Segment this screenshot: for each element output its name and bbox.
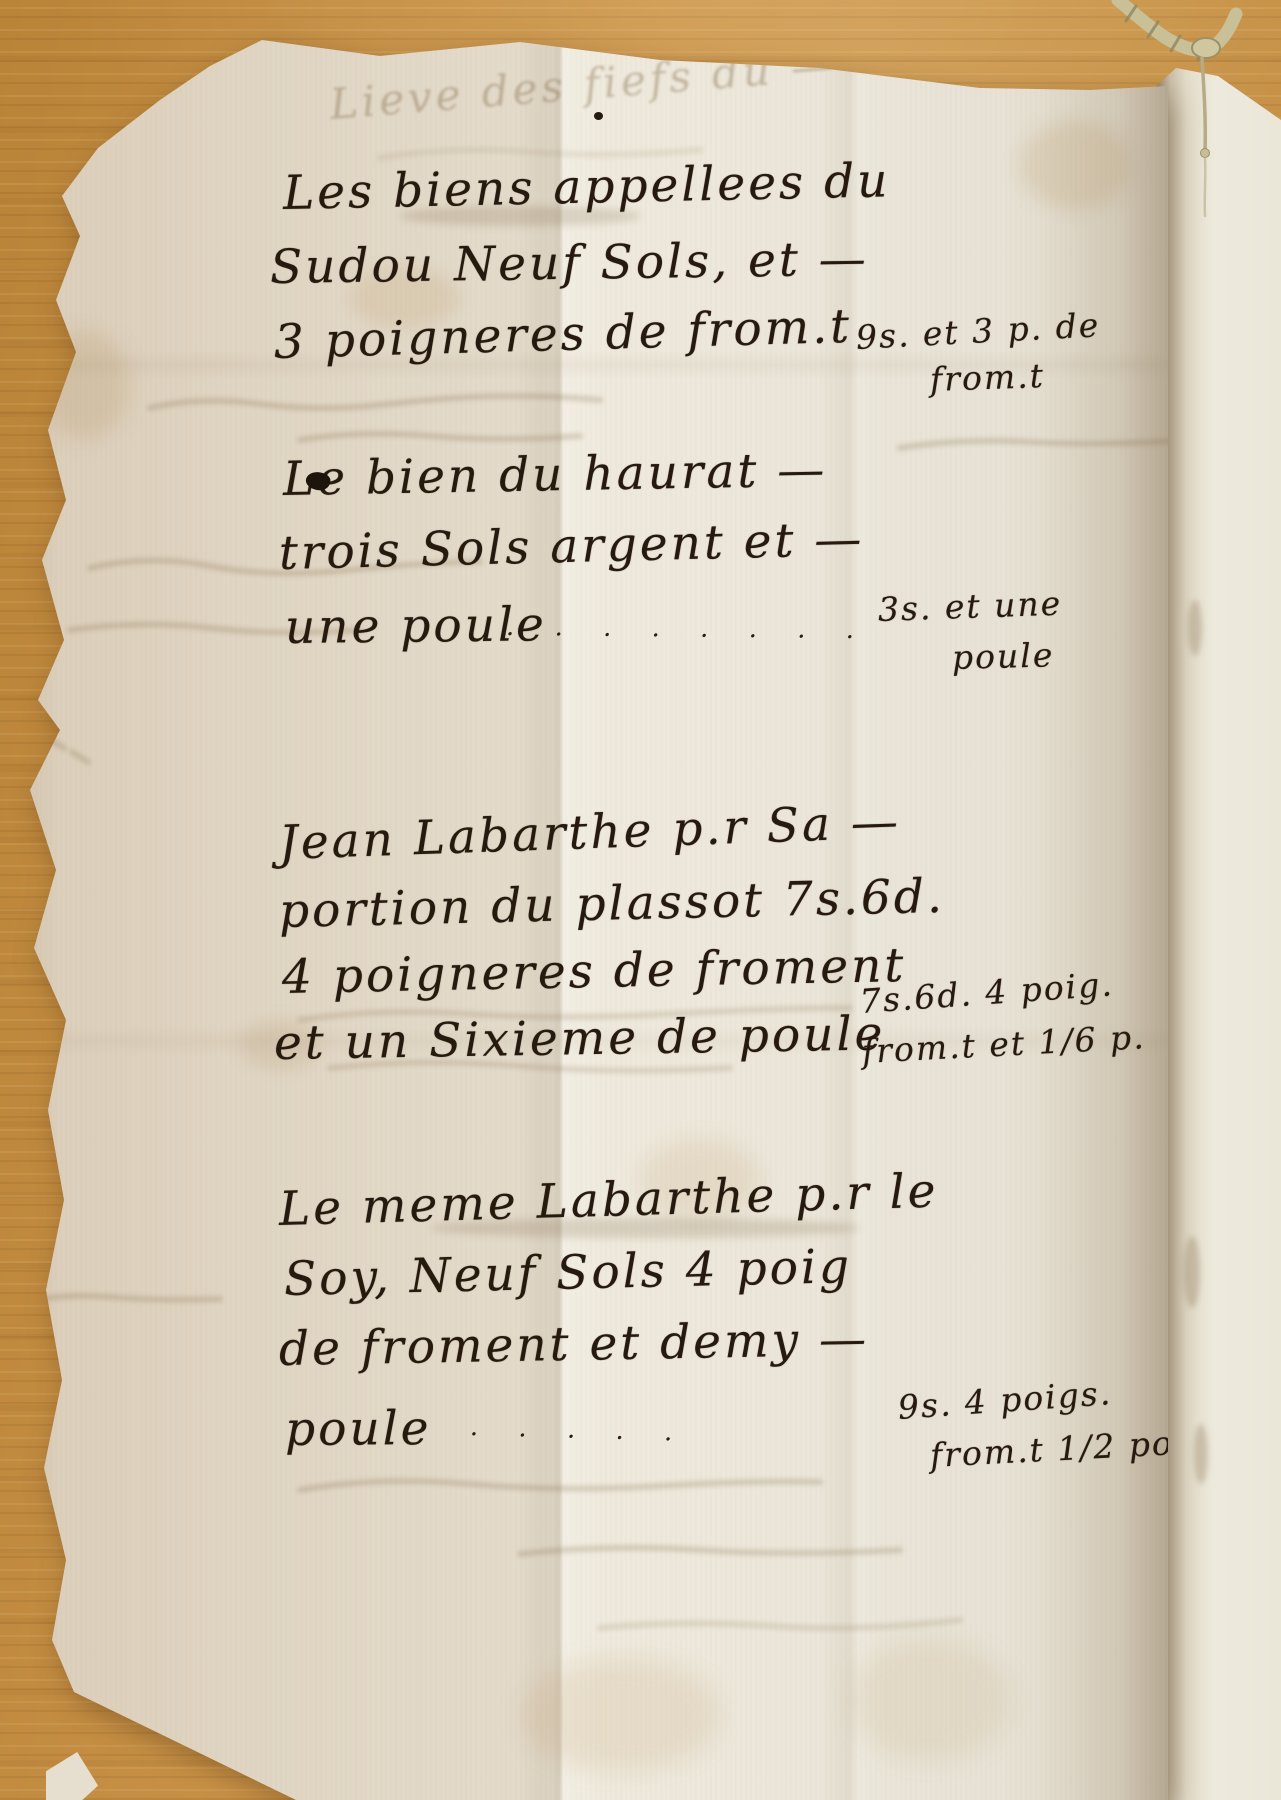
manuscript-line: et un Sixieme de poule	[274, 1006, 886, 1071]
amount-annotation: 3s. et une	[877, 584, 1062, 629]
paper-stain	[850, 1640, 1010, 1760]
manuscript-line: portion du plassot 7s.6d.	[278, 869, 945, 939]
faint-heading: Lieve des fiefs du —	[328, 40, 839, 129]
manuscript-page: Lieve des fiefs du — Les biens appellees…	[0, 0, 1281, 1800]
amount-annotation: from.t	[929, 356, 1045, 399]
manuscript-line: Jean Labarthe p.r Sa —	[278, 794, 902, 871]
manuscript-line: Les biens appellees du	[282, 153, 890, 221]
photo-of-manuscript-on-table: Lieve des fiefs du — Les biens appellees…	[0, 0, 1281, 1800]
manuscript-line: 3 poigneres de from.t	[273, 299, 852, 370]
dot-leader: . . . . .	[470, 1412, 689, 1448]
gutter-shading	[1040, 0, 1168, 1800]
paper-stain	[1020, 120, 1130, 210]
manuscript-page-wrap: Lieve des fiefs du — Les biens appellees…	[0, 0, 1281, 1800]
paper-stain	[40, 330, 130, 440]
manuscript-line: Soy, Neuf Sols 4 poig	[283, 1239, 852, 1307]
manuscript-line: de froment et demy —	[279, 1312, 870, 1377]
manuscript-line: poule	[285, 1401, 432, 1457]
manuscript-line: trois Sols argent et —	[278, 512, 865, 581]
amount-annotation: from.t et 1/6 p.	[861, 1017, 1147, 1071]
amount-annotation: poule	[951, 635, 1054, 677]
manuscript-line: Sudou Neuf Sols, et —	[270, 232, 869, 295]
manuscript-line: 4 poigneres de froment	[281, 938, 906, 1005]
paper-stain	[520, 1660, 720, 1770]
ink-speck	[594, 112, 603, 120]
amount-annotation: from.t 1/2 poule	[929, 1420, 1232, 1475]
amount-annotation: 9s. et 3 p. de	[855, 305, 1101, 357]
dot-leader: . . . . . . . .	[506, 612, 870, 645]
amount-annotation: 9s. 4 poigs.	[897, 1373, 1114, 1427]
manuscript-line: Le bien du haurat —	[283, 443, 828, 507]
